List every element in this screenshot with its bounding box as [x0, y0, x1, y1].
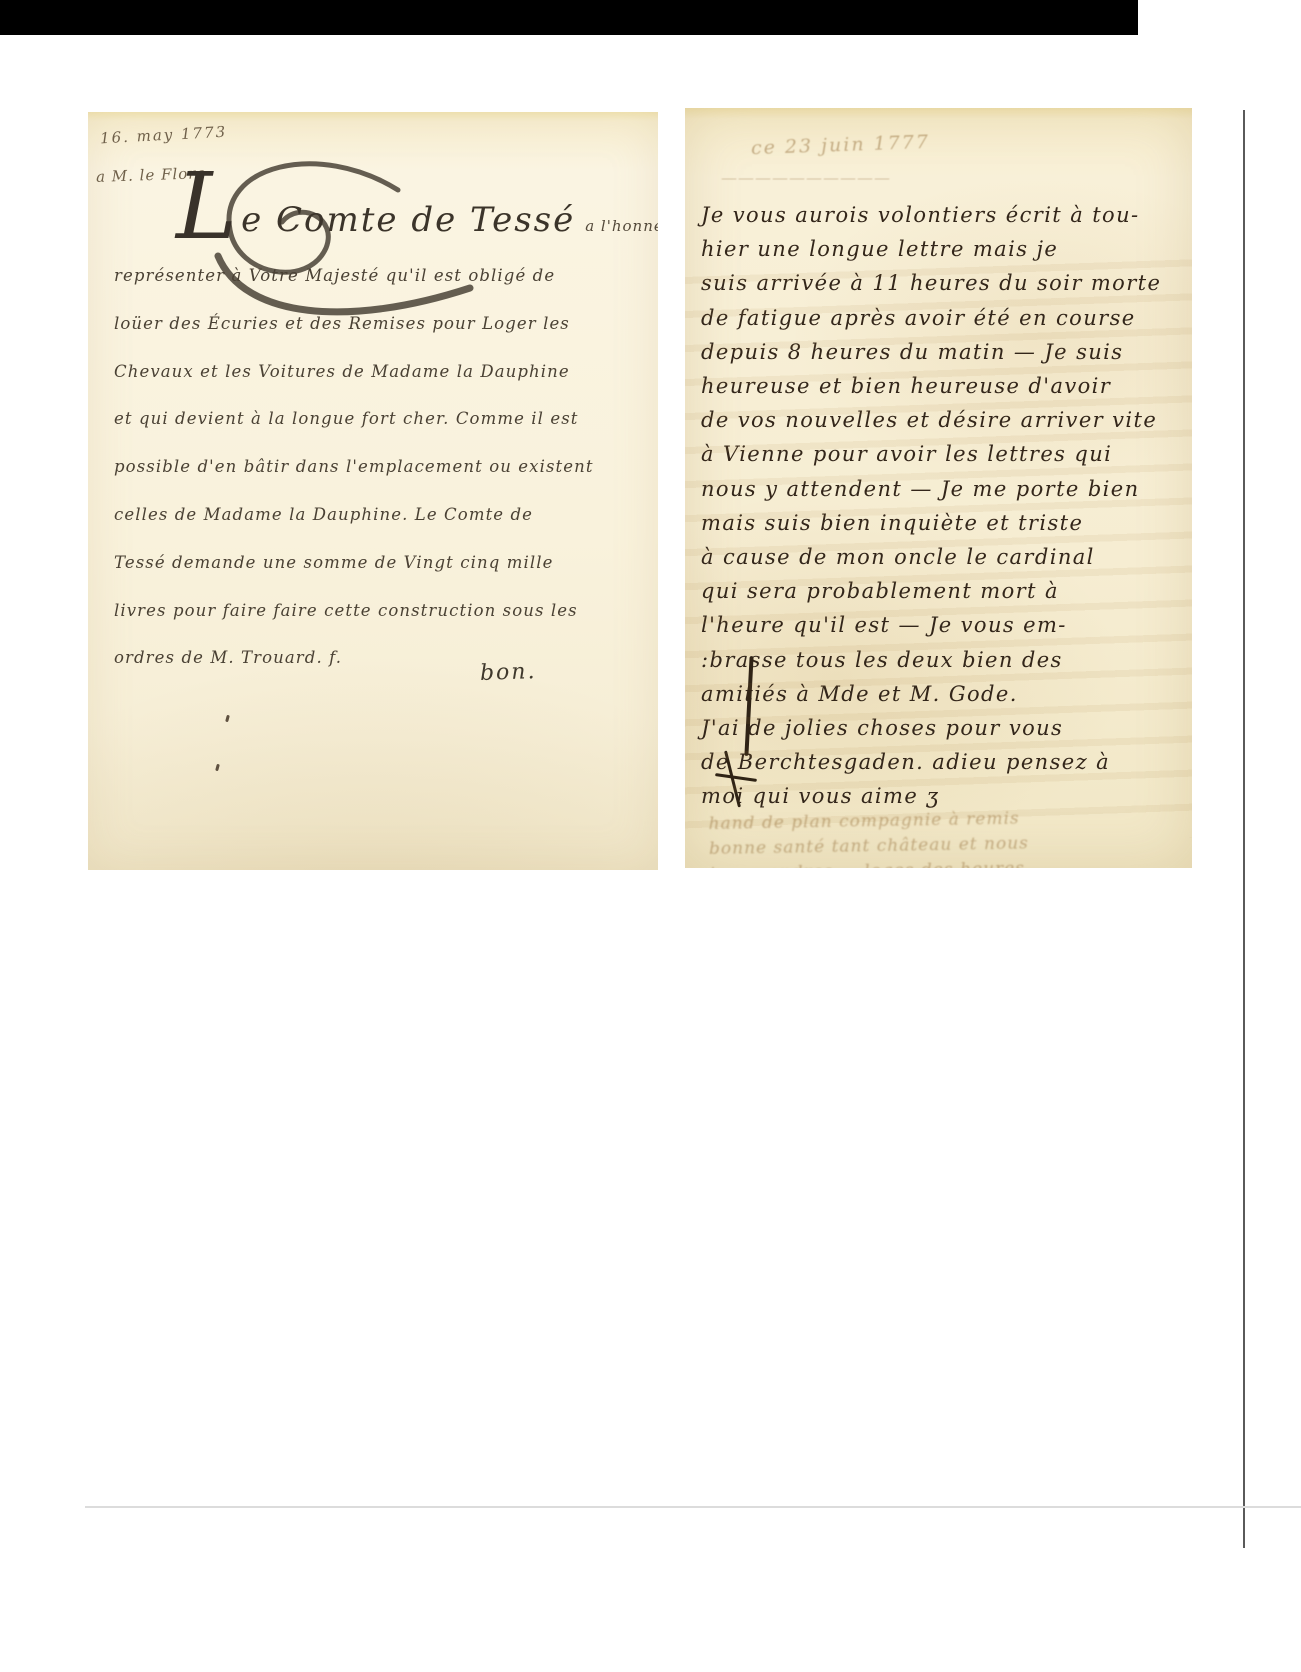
handwriting-line: livres pour faire faire cette constructi…: [114, 587, 639, 635]
handwriting-line: hier une longue lettre mais je: [701, 232, 1187, 266]
handwriting-line: mais suis bien inquiète et triste: [701, 506, 1187, 540]
heading-text: Le Comte de Tessé: [228, 200, 575, 241]
handwriting-line: ordres de M. Trouard. f.: [114, 634, 639, 682]
handwriting-line: à Vienne pour avoir les lettres qui: [701, 437, 1187, 471]
handwriting-line: qui sera probablement mort à: [701, 574, 1187, 608]
handwriting-line: amitiés à Mde et M. Gode.: [701, 677, 1187, 711]
handwriting-line: de fatigue après avoir été en course: [701, 301, 1187, 335]
letter-body-text: Je vous aurois volontiers écrit à tou-hi…: [701, 198, 1187, 814]
bleed-through-text: hand de plan compagnie à remisbonne sant…: [708, 804, 1169, 868]
letter-body-text: représenter à Votre Majesté qu'il est ob…: [114, 252, 639, 682]
handwriting-line: depuis 8 heures du matin — Je suis: [701, 335, 1187, 369]
approval-note: bon.: [480, 659, 537, 687]
handwriting-line: l'heure qu'il est — Je vous em-: [701, 608, 1187, 642]
handwriting-line: à cause de mon oncle le cardinal: [701, 540, 1187, 574]
handwriting-line: loüer des Écuries et des Remises pour Lo…: [114, 300, 639, 348]
ink-mark: [225, 715, 230, 723]
handwriting-line: Je vous aurois volontiers écrit à tou-: [701, 198, 1187, 232]
handwriting-line: heureuse et bien heureuse d'avoir: [701, 369, 1187, 403]
handwriting-line: de vos nouvelles et désire arriver vite: [701, 403, 1187, 437]
ink-mark: [215, 764, 220, 772]
handwriting-line: :brasse tous les deux bien des: [701, 643, 1187, 677]
handwriting-line: de Berchtesgaden. adieu pensez à: [701, 745, 1187, 779]
handwriting-line: celles de Madame la Dauphine. Le Comte d…: [114, 491, 639, 539]
letter-heading: Le Comte de Tesséa l'honneur de: [228, 200, 658, 241]
handwriting-line: Chevaux et les Voitures de Madame la Dau…: [114, 348, 639, 396]
handwriting-line: nous y attendent — Je me porte bien: [701, 472, 1187, 506]
heading-suffix-text: a l'honneur de: [585, 217, 658, 235]
scanned-document-page: { "artifact_colors": { "top_bar": "#0000…: [0, 0, 1301, 1672]
handwriting-line: possible d'en bâtir dans l'emplacement o…: [114, 443, 639, 491]
page-edge-vertical-rule: [1243, 110, 1245, 1548]
page-bottom-separator-line: [85, 1506, 1301, 1508]
manuscript-letter-left: 16. may 1773 a M. le Flore Le Comte de T…: [88, 112, 658, 870]
manuscript-letter-right: ce 23 juin 1777 —————————— Je vous auroi…: [685, 108, 1192, 868]
handwriting-line: représenter à Votre Majesté qu'il est ob…: [114, 252, 639, 300]
scan-artifact-top-bar: [0, 0, 1138, 35]
handwriting-line: Tessé demande une somme de Vingt cinq mi…: [114, 539, 639, 587]
handwriting-line: suis arrivée à 11 heures du soir morte: [701, 266, 1187, 300]
handwriting-line: J'ai de jolies choses pour vous: [701, 711, 1187, 745]
handwriting-line: et qui devient à la longue fort cher. Co…: [114, 395, 639, 443]
faint-dateline: ce 23 juin 1777: [751, 131, 931, 160]
faint-underline-squiggle: ——————————: [721, 168, 891, 187]
